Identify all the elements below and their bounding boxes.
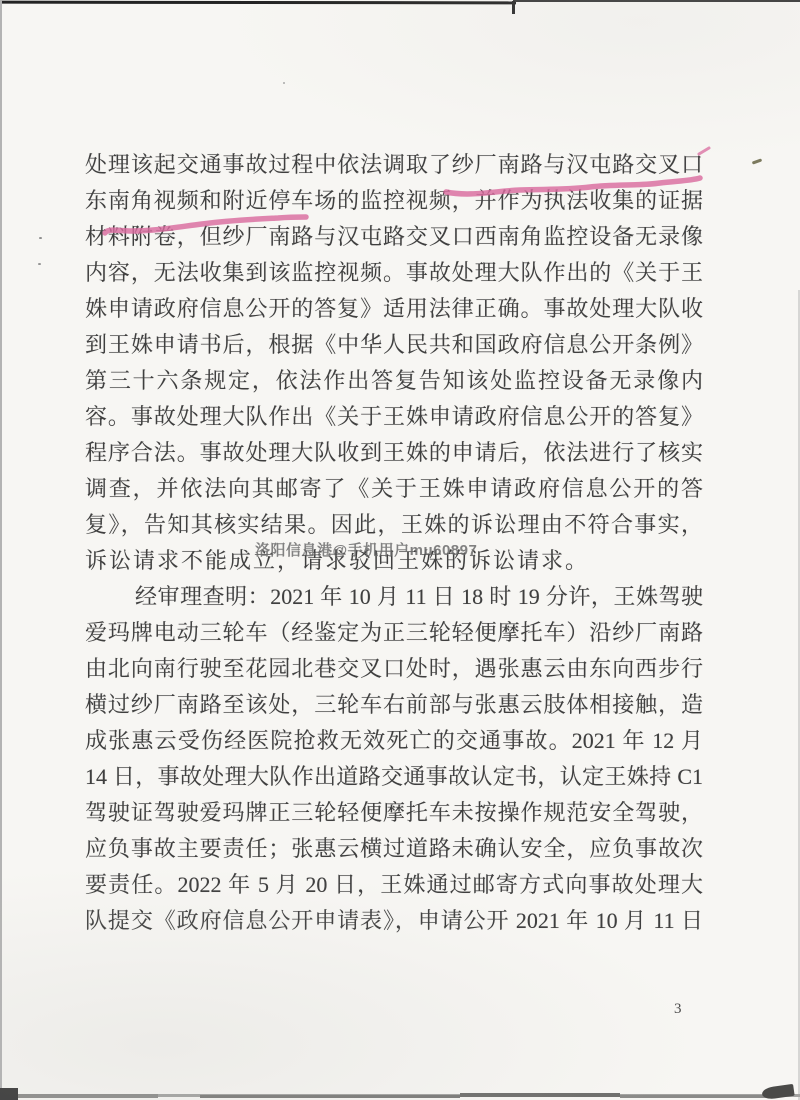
text-line: 容。事故处理大队作出《关于王姝申请政府信息公开的答复》	[85, 399, 703, 435]
corner-mark-bottom-left	[0, 1088, 18, 1100]
text-line: 成张惠云受伤经医院抢救无效死亡的交通事故。2021 年 12 月	[85, 723, 703, 759]
text-line: 内容，无法收集到该监控视频。事故处理大队作出的《关于王	[85, 255, 703, 291]
scan-edge-bottom	[18, 1094, 158, 1098]
text-line: 姝申请政府信息公开的答复》适用法律正确。事故处理大队收	[85, 291, 703, 327]
text-line: 第三十六条规定，依法作出答复告知该处监控设备无录像内	[85, 363, 703, 399]
text-line: 由北向南行驶至花园北巷交叉口处时，遇张惠云由东向西步行	[85, 651, 703, 687]
scan-edge-bottom	[200, 1095, 460, 1098]
scan-speck	[38, 263, 41, 265]
text-line: 驾驶证驾驶爱玛牌正三轮轻便摩托车未按操作规范安全驾驶，	[85, 795, 703, 831]
scan-edge-bottom	[460, 1093, 620, 1097]
scan-edge-bottom	[620, 1095, 770, 1098]
watermark: 洛阳信息港@手机用户mu60897	[255, 539, 477, 560]
page-number: 3	[674, 1001, 682, 1018]
scan-edge-left	[0, 0, 2, 1100]
text-line: 14 日，事故处理大队作出道路交通事故认定书，认定王姝持 C1	[85, 759, 703, 795]
text-line: 东南角视频和附近停车场的监控视频，并作为执法收集的证据	[85, 183, 703, 219]
text-line: 调查，并依法向其邮寄了《关于王姝申请政府信息公开的答	[85, 471, 703, 507]
text-line-paragraph-start: 经审理查明：2021 年 10 月 11 日 18 时 19 分许，王姝驾驶	[85, 579, 703, 615]
corner-mark-bottom-right	[761, 1084, 794, 1100]
text-line: 要责任。2022 年 5 月 20 日，王姝通过邮寄方式向事故处理大	[85, 867, 703, 903]
scan-speck	[39, 237, 42, 239]
ink-smudge	[752, 158, 762, 164]
text-line: 横过纱厂南路至该处，三轮车右前部与张惠云肢体相接触，造	[85, 687, 703, 723]
text-line: 材料附卷，但纱厂南路与汉屯路交叉口西南角监控设备无录像	[85, 219, 703, 255]
scan-speck	[283, 82, 285, 84]
text-line: 程序合法。事故处理大队收到王姝的申请后，依法进行了核实	[85, 435, 703, 471]
scanned-page: 处理该起交通事故过程中依法调取了纱厂南路与汉屯路交叉口 东南角视频和附近停车场的…	[0, 0, 800, 1100]
text-line: 爱玛牌电动三轮车（经鉴定为正三轮轻便摩托车）沿纱厂南路	[85, 615, 703, 651]
text-line: 队提交《政府信息公开申请表》，申请公开 2021 年 10 月 11 日	[85, 903, 703, 939]
scan-edge-top	[0, 1, 516, 5]
text-line: 应负事故主要责任；张惠云横过道路未确认安全，应负事故次	[85, 831, 703, 867]
scan-edge-top	[513, 0, 800, 2]
text-line: 到王姝申请书后，根据《中华人民共和国政府信息公开条例》	[85, 327, 703, 363]
text-line: 复》，告知其核实结果。因此，王姝的诉讼理由不符合事实，	[85, 507, 703, 543]
scan-edge-top-tick	[512, 1, 515, 14]
text-line: 处理该起交通事故过程中依法调取了纱厂南路与汉屯路交叉口	[85, 147, 703, 183]
